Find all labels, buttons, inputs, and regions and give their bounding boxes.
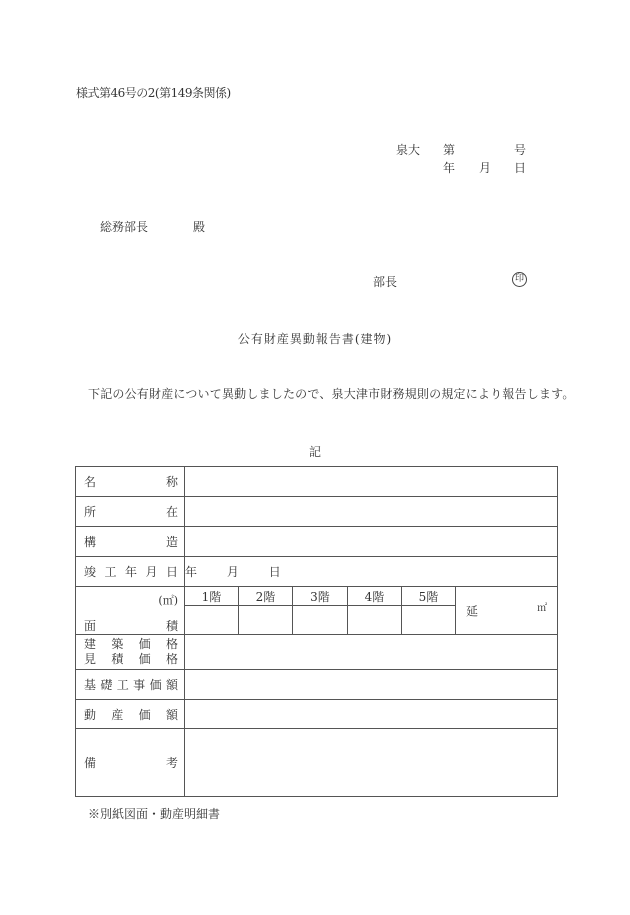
addressee-title: 総務部長 bbox=[100, 220, 148, 234]
label-char: 格 bbox=[166, 637, 178, 652]
label-char: 建 bbox=[84, 637, 96, 652]
completion-year-label: 年 bbox=[185, 563, 197, 580]
label-area-left: 面 bbox=[84, 617, 96, 634]
label-area-right: 積 bbox=[166, 617, 178, 634]
label-char: 事 bbox=[133, 676, 145, 693]
floor-1-header: 1階 bbox=[185, 587, 239, 606]
label-char: 価 bbox=[139, 706, 151, 723]
floor-4-area-field[interactable] bbox=[348, 606, 402, 635]
label-char: 日 bbox=[166, 563, 178, 580]
floor-3-area-field[interactable] bbox=[293, 606, 348, 635]
label-char: 格 bbox=[166, 652, 178, 667]
area-unit: (㎡) bbox=[76, 587, 184, 608]
document-number: 泉大 第 号 bbox=[396, 141, 526, 155]
total-area-unit: ㎡ bbox=[537, 599, 547, 614]
label-structure-left: 構 bbox=[84, 533, 96, 550]
row-movable-price: 動 産 価 額 bbox=[76, 700, 558, 729]
label-char: 年 bbox=[125, 563, 137, 580]
seal-icon: 印 bbox=[512, 272, 527, 287]
date-day: 日 bbox=[514, 159, 526, 176]
label-char: 額 bbox=[166, 706, 178, 723]
row-area-header: (㎡) 面積 1階 2階 3階 4階 5階 延 ㎡ bbox=[76, 587, 558, 606]
doc-number-go: 号 bbox=[514, 141, 526, 158]
row-location: 所在 bbox=[76, 497, 558, 527]
label-char: 動 bbox=[84, 706, 96, 723]
label-structure-right: 造 bbox=[166, 533, 178, 550]
completion-month-label: 月 bbox=[227, 563, 239, 580]
completion-date-field[interactable]: 年 月 日 bbox=[185, 557, 558, 587]
total-floor-area-field[interactable]: 延 ㎡ bbox=[456, 587, 558, 635]
floor-2-header: 2階 bbox=[239, 587, 293, 606]
row-foundation-cost: 基 礎 工 事 価 額 bbox=[76, 670, 558, 700]
floor-2-area-field[interactable] bbox=[239, 606, 293, 635]
row-name: 名称 bbox=[76, 467, 558, 497]
movable-price-field[interactable] bbox=[185, 700, 558, 729]
row-completion-date: 竣 工 年 月 日 年 月 日 bbox=[76, 557, 558, 587]
label-char: 見 bbox=[84, 652, 96, 667]
label-char: 積 bbox=[111, 652, 123, 667]
body-text: 下記の公有財産について異動しましたので、泉大津市財務規則の規定により報告します。 bbox=[88, 385, 575, 402]
floor-1-area-field[interactable] bbox=[185, 606, 239, 635]
label-char: 工 bbox=[104, 563, 116, 580]
form-number: 様式第46号の2(第149条関係) bbox=[76, 84, 231, 101]
label-location-right: 在 bbox=[166, 503, 178, 520]
floor-5-area-field[interactable] bbox=[402, 606, 456, 635]
completion-day-label: 日 bbox=[269, 563, 281, 580]
location-field[interactable] bbox=[185, 497, 558, 527]
construction-price-field[interactable] bbox=[185, 635, 558, 670]
label-char: 礎 bbox=[100, 676, 112, 693]
remarks-field[interactable] bbox=[185, 729, 558, 797]
doc-number-prefix: 泉大 bbox=[396, 141, 420, 158]
label-remarks-left: 備 bbox=[84, 754, 96, 771]
label-char: 築 bbox=[111, 637, 123, 652]
ki-heading: 記 bbox=[0, 443, 630, 460]
label-char: 価 bbox=[139, 652, 151, 667]
total-area-label: 延 bbox=[466, 602, 478, 619]
label-char: 額 bbox=[166, 676, 178, 693]
document-date: 年 月 日 bbox=[396, 159, 526, 173]
label-char: 価 bbox=[139, 637, 151, 652]
floor-5-header: 5階 bbox=[402, 587, 456, 606]
date-month: 月 bbox=[479, 159, 491, 176]
addressee: 総務部長 殿 bbox=[100, 218, 148, 235]
label-remarks-right: 考 bbox=[166, 754, 178, 771]
date-year: 年 bbox=[443, 159, 455, 176]
label-char: 産 bbox=[111, 706, 123, 723]
label-char: 竣 bbox=[84, 563, 96, 580]
label-char: 工 bbox=[117, 676, 129, 693]
label-location-left: 所 bbox=[84, 503, 96, 520]
floor-3-header: 3階 bbox=[293, 587, 348, 606]
addressee-honorific: 殿 bbox=[193, 218, 205, 235]
foundation-cost-field[interactable] bbox=[185, 670, 558, 700]
structure-field[interactable] bbox=[185, 527, 558, 557]
label-name-left: 名 bbox=[84, 473, 96, 490]
doc-number-dai: 第 bbox=[443, 141, 455, 158]
row-remarks: 備考 bbox=[76, 729, 558, 797]
name-field[interactable] bbox=[185, 467, 558, 497]
label-char: 価 bbox=[150, 676, 162, 693]
attachment-note: ※別紙図面・動産明細書 bbox=[88, 805, 220, 822]
label-char: 月 bbox=[145, 563, 157, 580]
row-construction-price: 建 築 価 格 見 積 価 格 bbox=[76, 635, 558, 670]
floor-4-header: 4階 bbox=[348, 587, 402, 606]
report-table: 名称 所在 構造 竣 工 年 月 日 年 月 日 (㎡) 面積 1階 2階 3階… bbox=[75, 466, 558, 797]
sender: 部長 印 bbox=[373, 273, 533, 289]
sender-title: 部長 bbox=[373, 275, 397, 289]
row-structure: 構造 bbox=[76, 527, 558, 557]
area-label-cell: (㎡) 面積 bbox=[76, 587, 185, 635]
label-name-right: 称 bbox=[166, 473, 178, 490]
label-char: 基 bbox=[84, 676, 96, 693]
document-title: 公有財産異動報告書(建物) bbox=[0, 330, 630, 347]
